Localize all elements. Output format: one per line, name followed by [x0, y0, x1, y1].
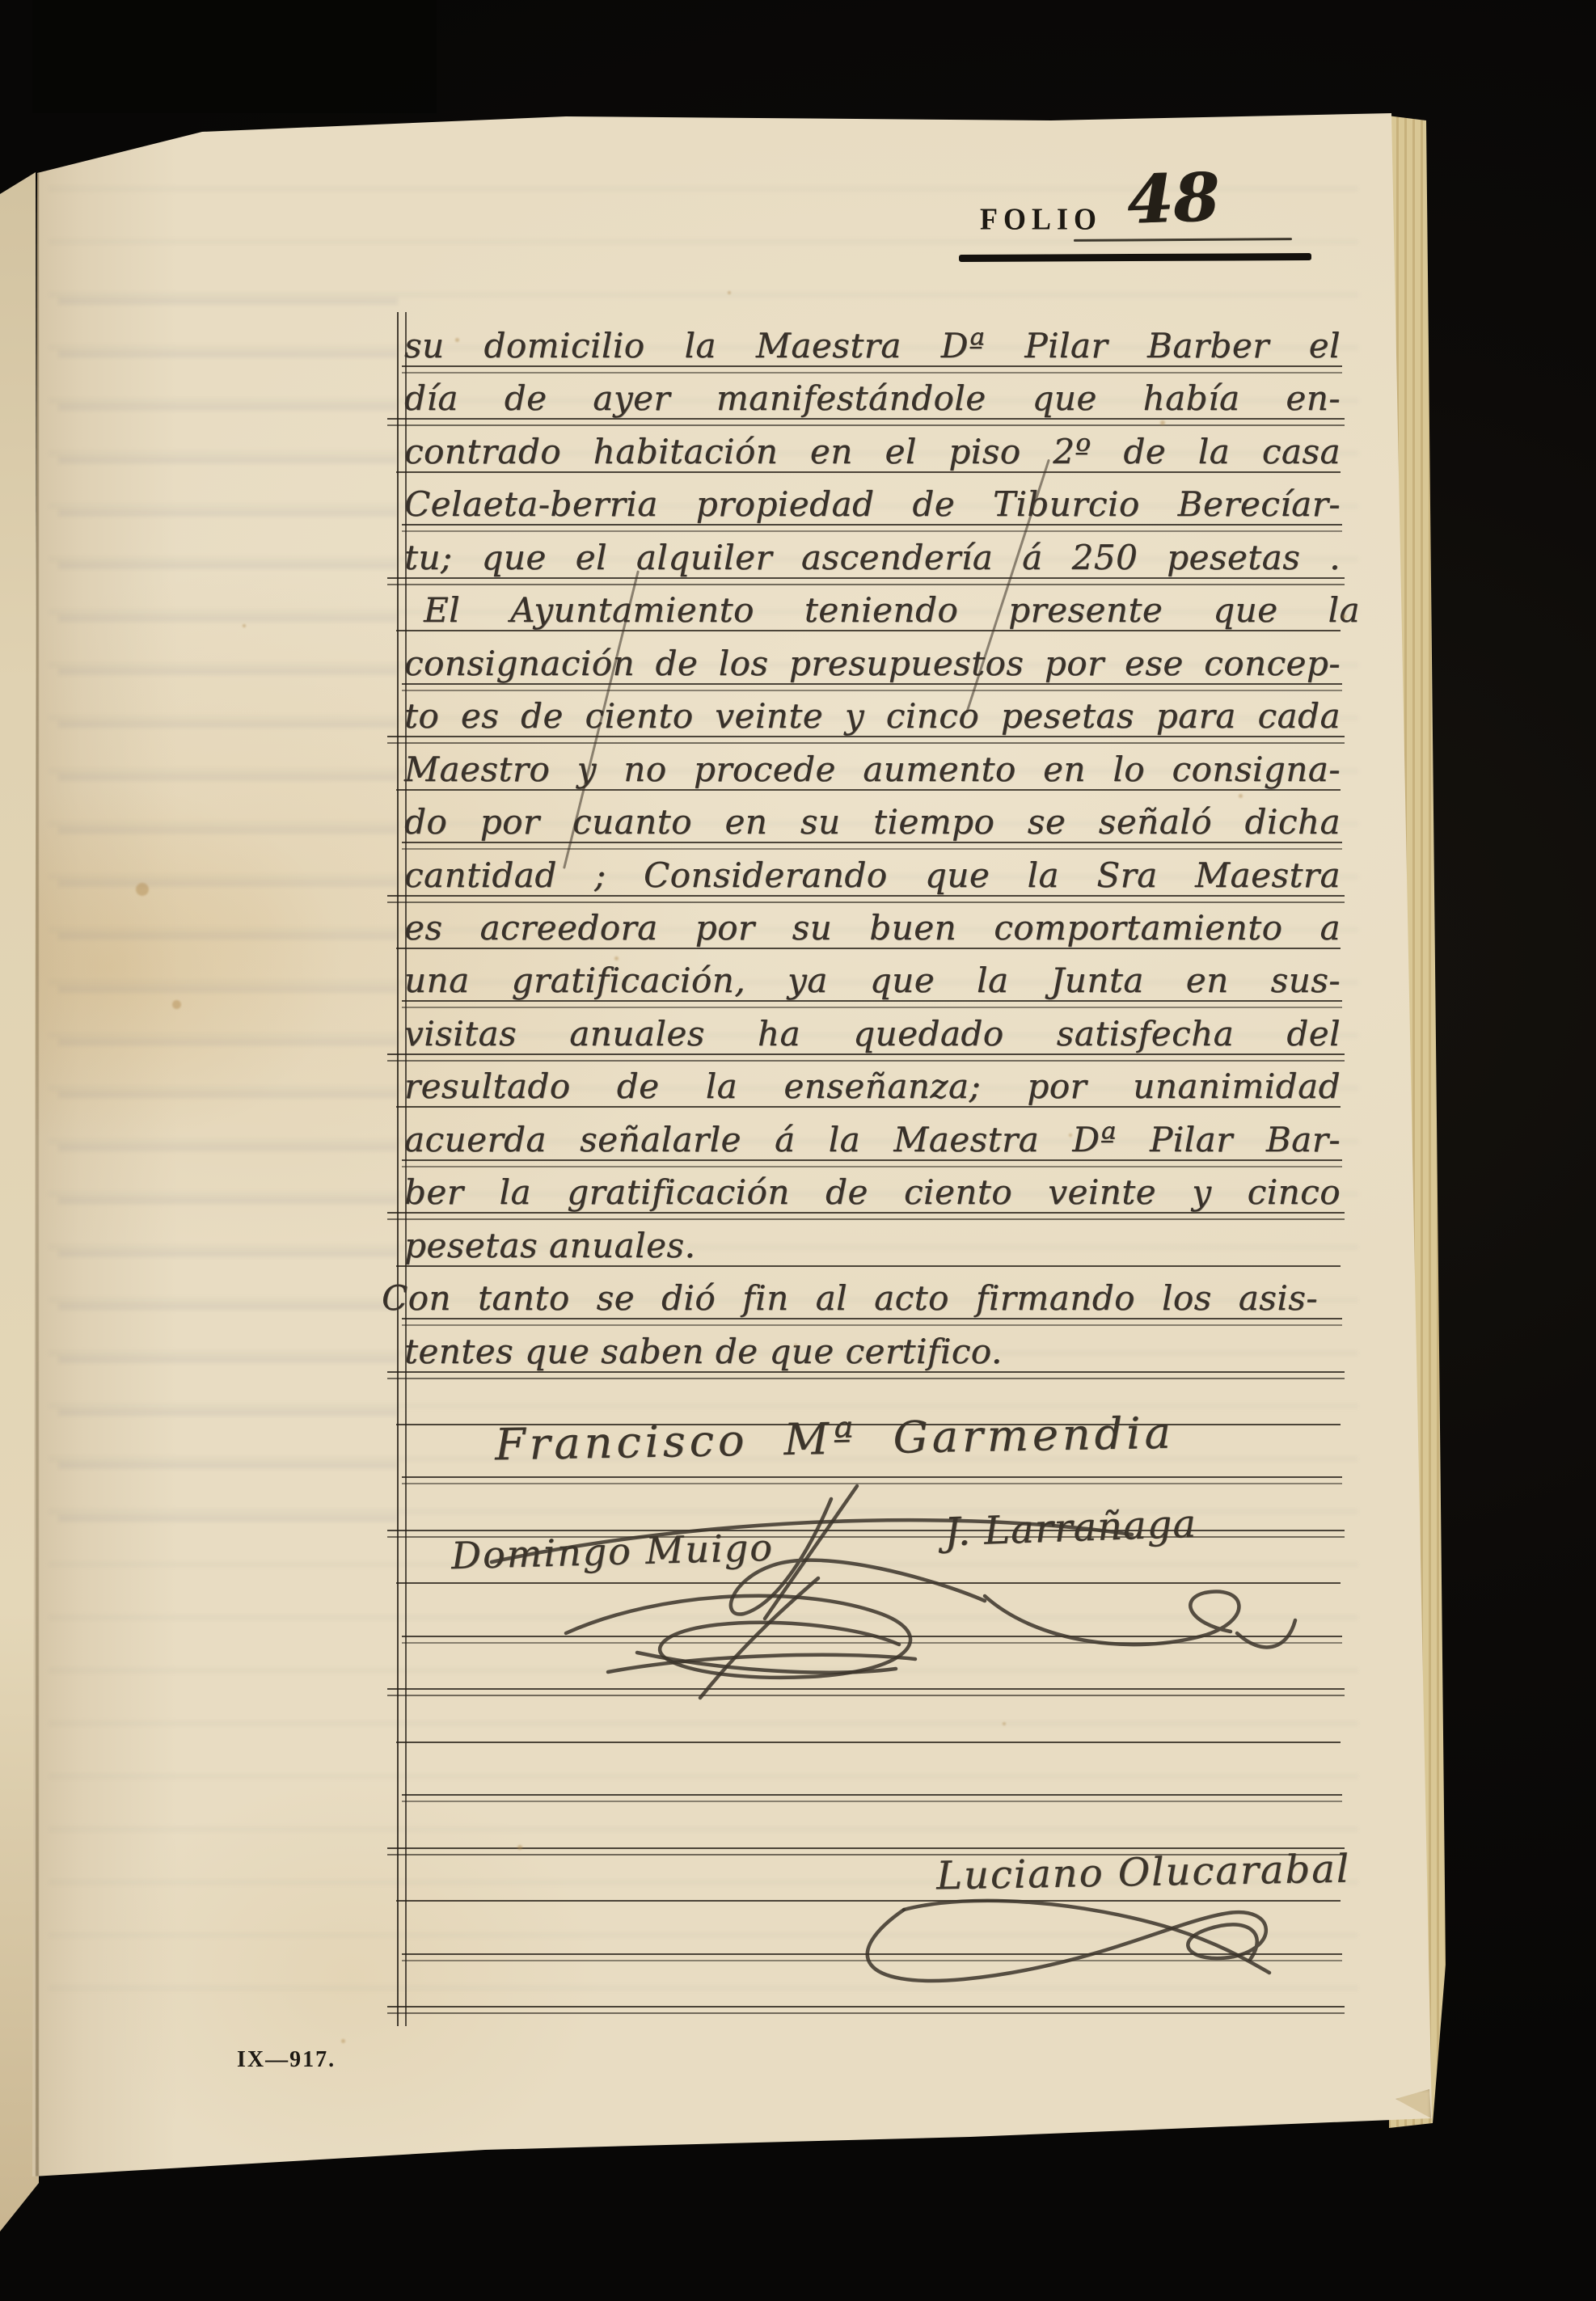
- manuscript-line: Con tanto se dió fin al acto firmando lo…: [382, 1277, 1318, 1319]
- manuscript-line: cantidad ; Considerando que la Sra Maest…: [404, 855, 1341, 897]
- manuscript-line: pesetas anuales.: [404, 1225, 1341, 1267]
- manuscript-line: tu; que el alquiler ascendería á 250 pes…: [404, 537, 1341, 579]
- age-speck: [614, 956, 619, 961]
- manuscript-line: acuerda señalarle á la Maestra Dª Pilar …: [404, 1119, 1341, 1161]
- photo-shadow-corner: [32, 0, 437, 113]
- age-speck: [243, 624, 246, 627]
- manuscript-line: día de ayer manifestándole que había en-: [404, 378, 1341, 420]
- age-speck: [794, 1344, 797, 1347]
- signature-larranaga: J. Larrañaga: [944, 1501, 1197, 1556]
- manuscript-line: es acreedora por su buen comportamiento …: [404, 907, 1341, 949]
- age-speck: [172, 1000, 181, 1009]
- manuscript-line: El Ayuntamiento teniendo presente que la: [404, 589, 1360, 631]
- manuscript-line: una gratificación, ya que la Junta en su…: [404, 960, 1341, 1002]
- folio-number: 48: [1125, 158, 1220, 239]
- domingo-rubric-flourish: [534, 1575, 986, 1712]
- age-speck: [455, 338, 459, 342]
- age-speck: [341, 2039, 345, 2043]
- manuscript-line: ber la gratificación de ciento veinte y …: [404, 1172, 1341, 1214]
- printer-code: IX—917.: [237, 2047, 336, 2073]
- manuscript-line: resultado de la enseñanza; por unanimida…: [404, 1066, 1341, 1108]
- age-speck: [1160, 420, 1165, 425]
- page-corner-fold: [1395, 2089, 1431, 2120]
- manuscript-line: Celaeta-berria propiedad de Tiburcio Ber…: [404, 483, 1341, 526]
- ruled-line: [402, 1476, 1342, 1484]
- manuscript-line: Maestro y no procede aumento en lo consi…: [404, 749, 1341, 791]
- folio-label: FOLIO: [980, 201, 1102, 237]
- age-speck: [1003, 1722, 1006, 1725]
- ruled-line: [402, 1794, 1342, 1802]
- manuscript-line: contrado habitación en el piso 2º de la …: [404, 431, 1341, 473]
- manuscript-body: su domicilio la Maestra Dª Pilar Barber …: [404, 323, 1341, 1455]
- manuscript-line: consignación de los presupuestos por ese…: [404, 643, 1341, 685]
- age-speck: [728, 291, 731, 294]
- manuscript-line: tentes que saben de que certifico.: [404, 1331, 1341, 1373]
- ink-showthrough-left-margin: [58, 267, 398, 1560]
- ruled-line: [387, 2006, 1345, 2014]
- signature-domingo: Domingo Muigo: [450, 1526, 774, 1577]
- age-speck: [1239, 794, 1243, 798]
- manuscript-line: su domicilio la Maestra Dª Pilar Barber …: [404, 325, 1341, 367]
- manuscript-line: visitas anuales ha quedado satisfecha de…: [404, 1013, 1341, 1055]
- luciano-rubric-flourish: [826, 1885, 1287, 2007]
- age-speck: [517, 1845, 522, 1850]
- manuscript-line: do por cuanto en su tiempo se señaló dic…: [404, 801, 1341, 843]
- folio-header-rule: [959, 253, 1311, 262]
- ruled-line: [396, 1742, 1341, 1748]
- manuscript-line: to es de ciento veinte y cinco pesetas p…: [404, 695, 1341, 737]
- manuscript-page: FOLIO 48 su domicilio la Maestra Dª Pila…: [0, 0, 1596, 2301]
- age-speck: [1069, 1134, 1072, 1137]
- larranaga-rubric-flourish: [970, 1565, 1310, 1670]
- age-speck: [1342, 614, 1346, 619]
- age-speck: [136, 883, 149, 896]
